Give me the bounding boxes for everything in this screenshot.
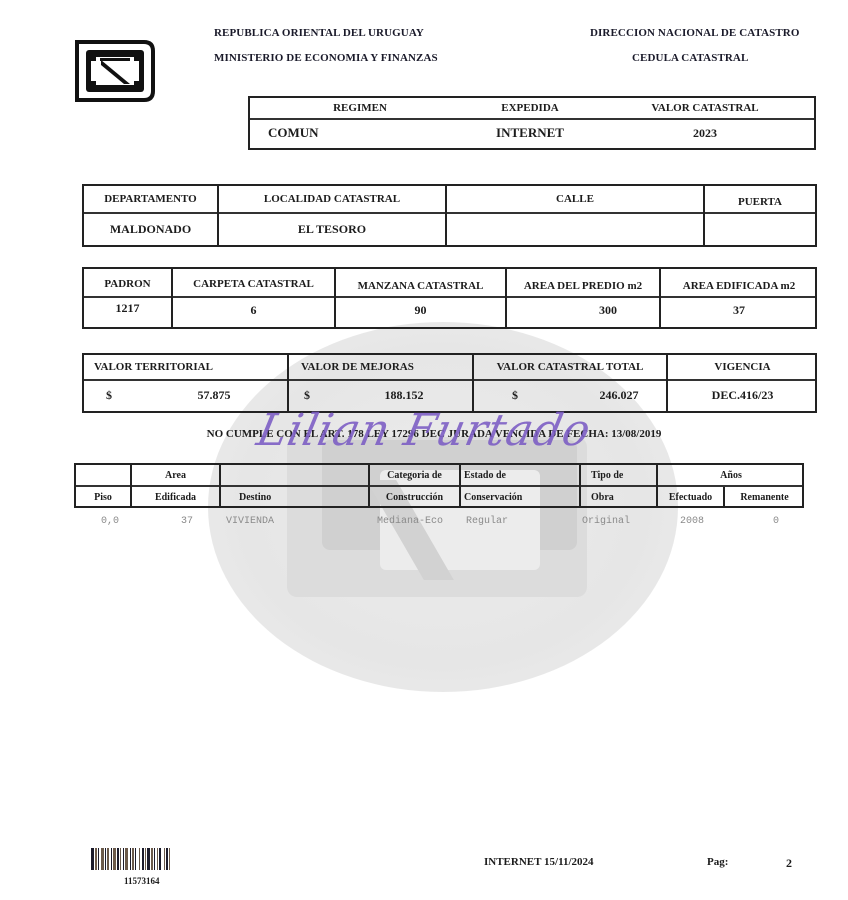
- padron-value: 1217: [84, 297, 171, 319]
- regimen-value: COMUN: [268, 120, 338, 146]
- issued-date: INTERNET 15/11/2024: [484, 856, 594, 868]
- carpeta-value: 6: [173, 299, 334, 321]
- categoria-cell: Mediana-Eco: [377, 516, 443, 527]
- republic-title: REPUBLICA ORIENTAL DEL URUGUAY: [214, 27, 424, 39]
- area-edificada-value: 37: [661, 299, 817, 321]
- departamento-value: MALDONADO: [84, 214, 217, 244]
- destino-header: Destino: [221, 487, 368, 507]
- directorate-title: DIRECCION NACIONAL DE CATASTRO: [590, 27, 799, 39]
- efectuado-cell: 2008: [680, 516, 704, 527]
- carpeta-header: CARPETA CATASTRAL: [173, 271, 334, 297]
- departamento-header: DEPARTAMENTO: [84, 186, 217, 212]
- efectuado-header: Efectuado: [658, 487, 723, 507]
- ministry-title: MINISTERIO DE ECONOMIA Y FINANZAS: [214, 52, 438, 64]
- parcel-table: PADRON CARPETA CATASTRAL MANZANA CATASTR…: [82, 267, 817, 329]
- calle-header: CALLE: [447, 186, 703, 212]
- construccion-header: Construcción: [370, 487, 459, 507]
- regimen-header: REGIMEN: [300, 98, 420, 118]
- anos-top-header: Años: [658, 465, 804, 485]
- area-predio-value: 300: [507, 299, 659, 321]
- barcode-number: 11573164: [124, 876, 160, 886]
- conservacion-header: Conservación: [464, 487, 579, 507]
- manzana-value: 90: [336, 299, 505, 321]
- area-top-header: Area: [132, 465, 219, 485]
- piso-header: Piso: [76, 487, 130, 507]
- estado-cell: Regular: [466, 516, 508, 527]
- remanente-header: Remanente: [725, 487, 804, 507]
- valor-territorial-header: VALOR TERRITORIAL: [94, 355, 244, 379]
- destino-cell: VIVIENDA: [226, 516, 274, 527]
- localidad-value: EL TESORO: [219, 214, 445, 244]
- vigencia-value: DEC.416/23: [668, 381, 817, 409]
- value-table: VALOR TERRITORIAL VALOR DE MEJORAS VALOR…: [82, 353, 817, 413]
- barcode-icon: [91, 848, 172, 870]
- categoria-top-header: Categoria de: [370, 465, 459, 485]
- valor-territorial-value: 57.875: [184, 381, 244, 409]
- puerta-value: [705, 214, 815, 244]
- location-table: DEPARTAMENTO LOCALIDAD CATASTRAL CALLE P…: [82, 184, 817, 247]
- area-predio-header: AREA DEL PREDIO m2: [507, 273, 659, 299]
- obra-header: Obra: [591, 487, 656, 507]
- remanente-cell: 0: [773, 516, 779, 527]
- valor-catastral-header: VALOR CATASTRAL: [635, 98, 775, 118]
- estado-top-header: Estado de: [464, 465, 579, 485]
- edificada-cell: 37: [181, 516, 193, 527]
- valor-catastral-value: 2023: [635, 120, 775, 146]
- puerta-header: PUERTA: [705, 188, 815, 216]
- catastro-logo-icon: [74, 39, 156, 103]
- edificada-header: Edificada: [132, 487, 219, 507]
- calle-value: [447, 214, 703, 244]
- tipo-obra-cell: Original: [582, 516, 630, 527]
- manzana-header: MANZANA CATASTRAL: [336, 273, 505, 299]
- page-label: Pag:: [707, 856, 728, 868]
- valor-total-header: VALOR CATASTRAL TOTAL: [474, 355, 666, 379]
- expedida-header: EXPEDIDA: [470, 98, 590, 118]
- expedida-value: INTERNET: [470, 120, 590, 146]
- document-title: CEDULA CATASTRAL: [632, 52, 748, 64]
- padron-header: PADRON: [84, 271, 171, 297]
- vigencia-header: VIGENCIA: [668, 355, 817, 379]
- valor-mejoras-header: VALOR DE MEJORAS: [289, 355, 472, 379]
- piso-cell: 0,0: [101, 516, 119, 527]
- localidad-header: LOCALIDAD CATASTRAL: [219, 186, 445, 212]
- table-row: 0,0 37 VIVIENDA Mediana-Eco Regular Orig…: [0, 516, 848, 530]
- page-number: 2: [786, 856, 792, 871]
- construction-table-header: Area Categoria de Estado de Tipo de Años…: [74, 463, 804, 508]
- regimen-table: REGIMEN EXPEDIDA VALOR CATASTRAL COMUN I…: [248, 96, 816, 150]
- area-edificada-header: AREA EDIFICADA m2: [661, 273, 817, 299]
- signature: Lilian Furtado: [253, 405, 596, 456]
- valor-territorial-currency: $: [102, 381, 116, 409]
- tipo-top-header: Tipo de: [591, 465, 656, 485]
